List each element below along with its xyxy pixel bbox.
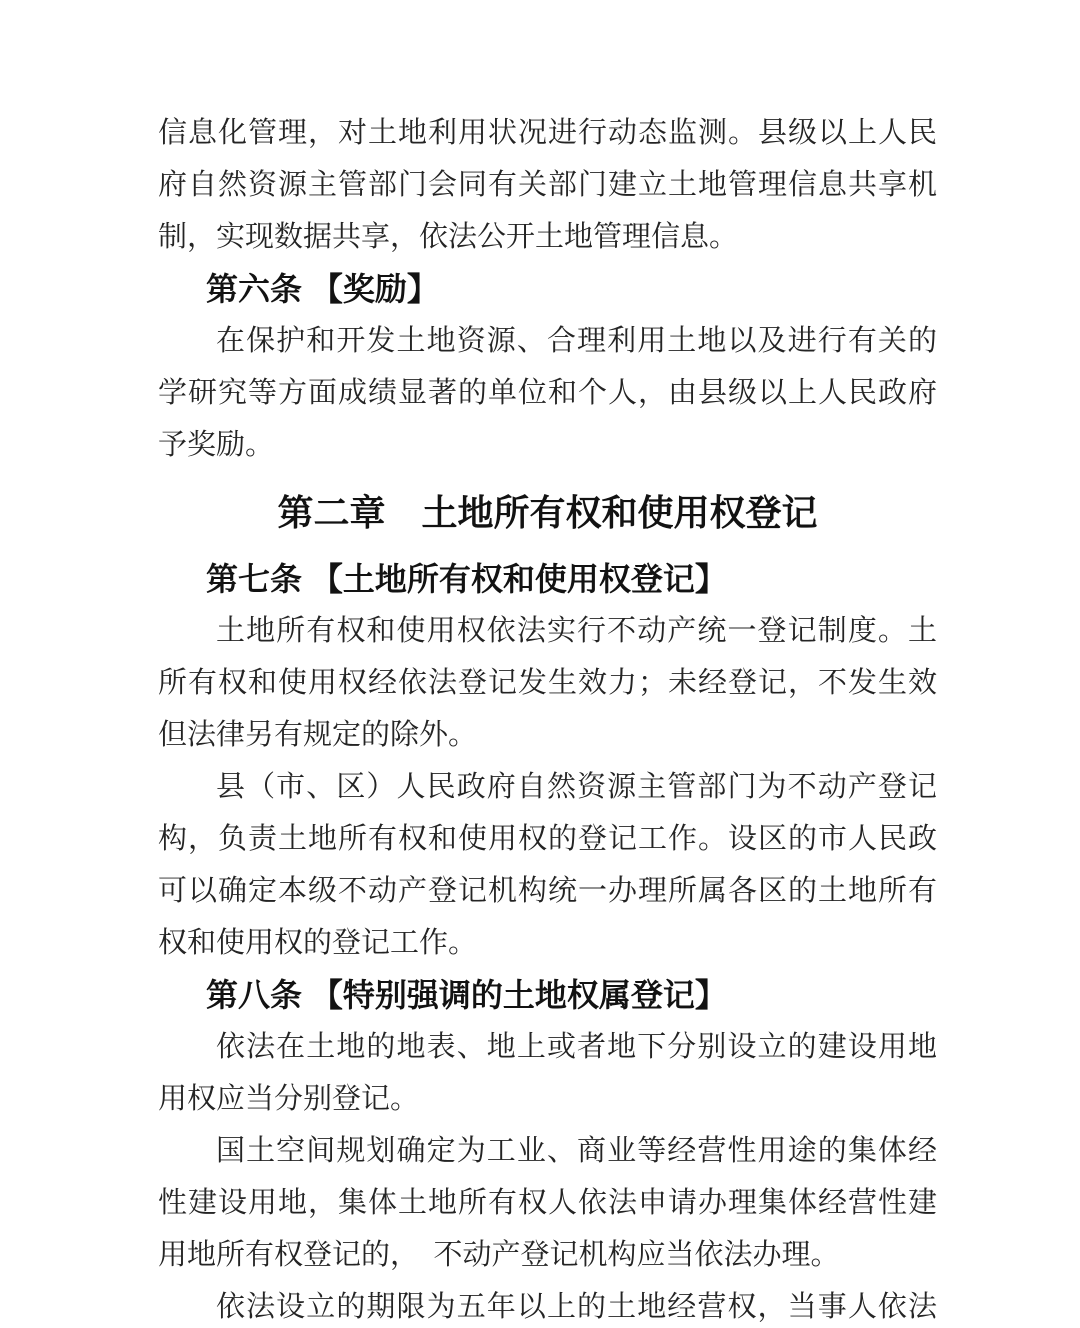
text-line: 依法在土地的地表、地上或者地下分别设立的建设用地使 <box>158 1021 937 1073</box>
text-line: 权和使用权的登记工作。 <box>158 917 937 969</box>
text-line: 构，负责土地所有权和使用权的登记工作。设区的市人民政府 <box>158 813 937 865</box>
paragraph-land-operation-right: 依法设立的期限为五年以上的土地经营权，当事人依法申 <box>158 1281 937 1328</box>
document-page: 信息化管理，对土地利用状况进行动态监测。县级以上人民政 府自然资源主管部门会同有… <box>0 0 1080 1328</box>
text-line: 所有权和使用权经依法登记发生效力；未经登记，不发生效力， <box>158 657 937 709</box>
text-line: 土地所有权和使用权依法实行不动产统一登记制度。土地 <box>158 605 937 657</box>
paragraph-registration-agency: 县（市、区）人民政府自然资源主管部门为不动产登记机 构，负责土地所有权和使用权的… <box>158 761 937 969</box>
text-line: 信息化管理，对土地利用状况进行动态监测。县级以上人民政 <box>158 107 937 159</box>
article-7-heading: 第七条 【土地所有权和使用权登记】 <box>158 553 937 605</box>
text-line: 用地所有权登记的， 不动产登记机构应当依法办理。 <box>158 1229 937 1281</box>
text-line: 制，实现数据共享，依法公开土地管理信息。 <box>158 211 937 263</box>
chapter-2-heading: 第二章 土地所有权和使用权登记 <box>158 487 937 539</box>
text-line: 府自然资源主管部门会同有关部门建立土地管理信息共享机 <box>158 159 937 211</box>
paragraph-rewards: 在保护和开发土地资源、合理利用土地以及进行有关的科 学研究等方面成绩显著的单位和… <box>158 315 937 471</box>
paragraph-separate-registration: 依法在土地的地表、地上或者地下分别设立的建设用地使 用权应当分别登记。 <box>158 1021 937 1125</box>
article-8-heading: 第八条 【特别强调的土地权属登记】 <box>158 969 937 1021</box>
text-line: 用权应当分别登记。 <box>158 1073 937 1125</box>
paragraph-collective-land: 国土空间规划确定为工业、商业等经营性用途的集体经营 性建设用地，集体土地所有权人… <box>158 1125 937 1281</box>
text-line: 但法律另有规定的除外。 <box>158 709 937 761</box>
text-line: 予奖励。 <box>158 419 937 471</box>
paragraph-registration-system: 土地所有权和使用权依法实行不动产统一登记制度。土地 所有权和使用权经依法登记发生… <box>158 605 937 761</box>
paragraph-info-management: 信息化管理，对土地利用状况进行动态监测。县级以上人民政 府自然资源主管部门会同有… <box>158 107 937 263</box>
text-line: 在保护和开发土地资源、合理利用土地以及进行有关的科 <box>158 315 937 367</box>
article-6-heading: 第六条 【奖励】 <box>158 263 937 315</box>
text-line: 学研究等方面成绩显著的单位和个人，由县级以上人民政府给 <box>158 367 937 419</box>
text-line: 可以确定本级不动产登记机构统一办理所属各区的土地所有 <box>158 865 937 917</box>
text-line: 县（市、区）人民政府自然资源主管部门为不动产登记机 <box>158 761 937 813</box>
text-line: 性建设用地，集体土地所有权人依法申请办理集体经营性建设 <box>158 1177 937 1229</box>
text-line: 依法设立的期限为五年以上的土地经营权，当事人依法申 <box>158 1281 937 1328</box>
document-content: 信息化管理，对土地利用状况进行动态监测。县级以上人民政 府自然资源主管部门会同有… <box>158 107 937 1328</box>
text-line: 国土空间规划确定为工业、商业等经营性用途的集体经营 <box>158 1125 937 1177</box>
